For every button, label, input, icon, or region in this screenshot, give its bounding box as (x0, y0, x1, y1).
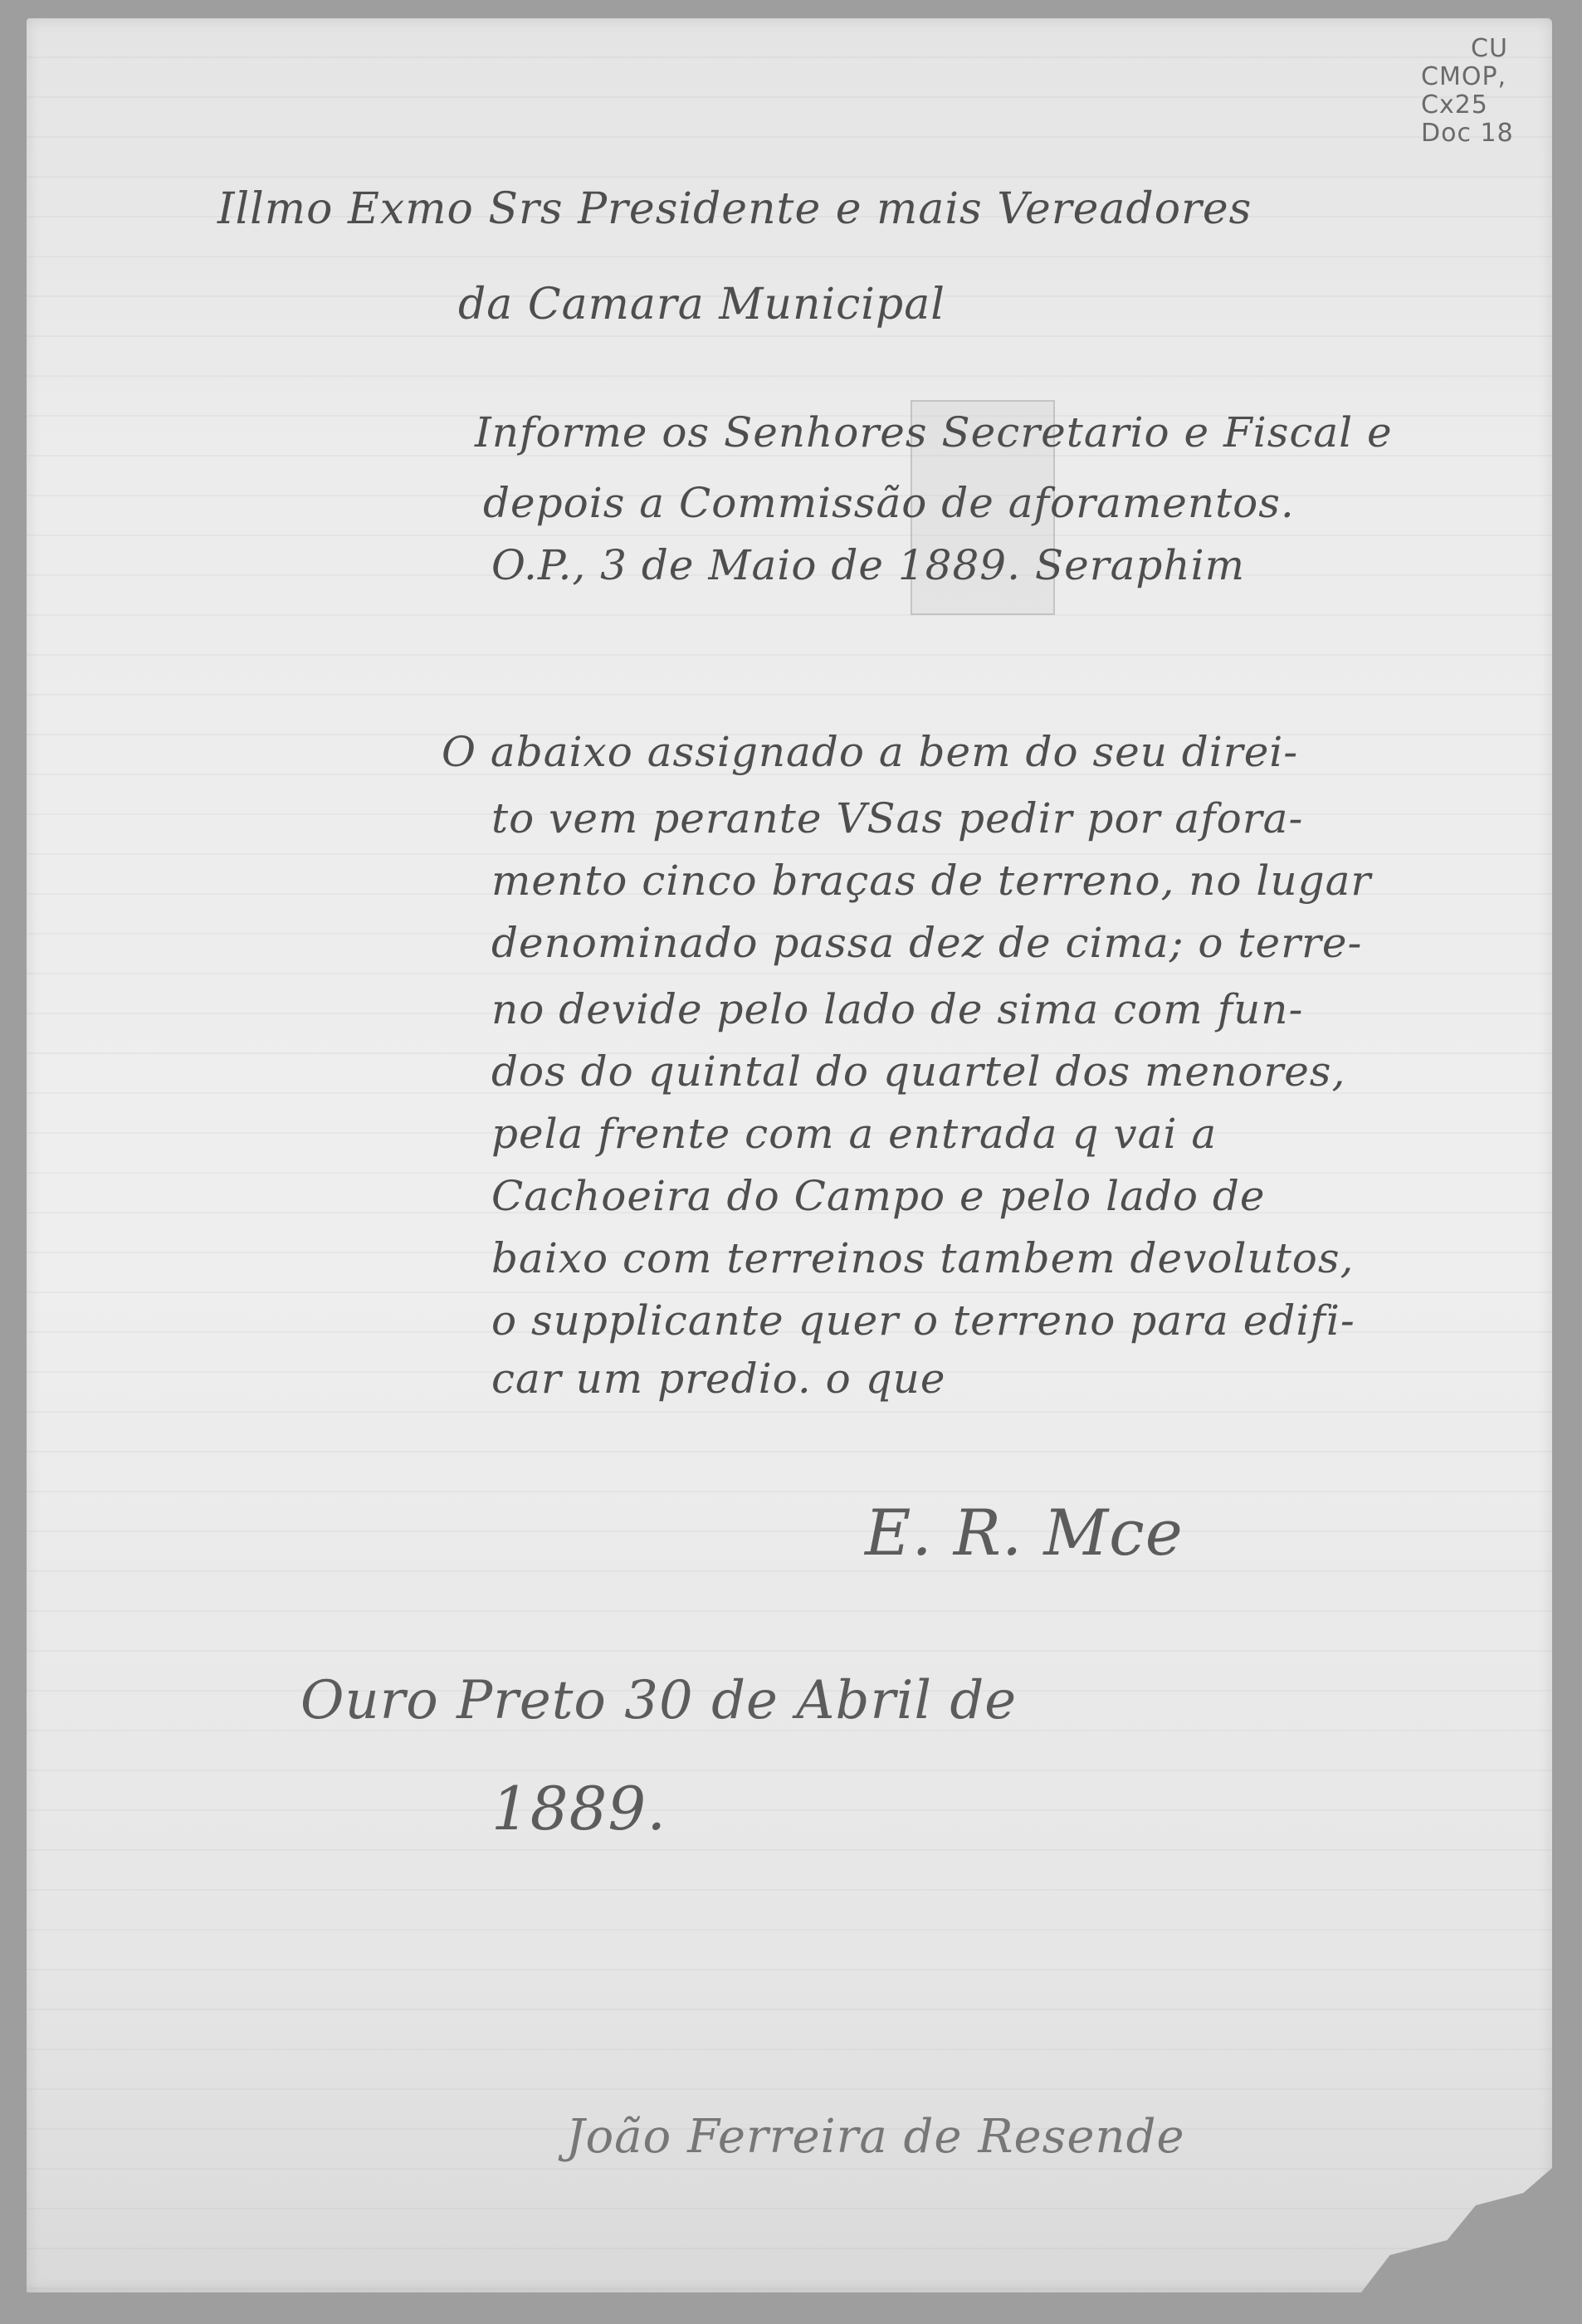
body-line: baixo com terreinos tambem devolutos, (491, 1234, 1354, 1282)
salutation-line-2: da Camara Municipal (458, 280, 945, 330)
archive-reference: CU CMOP, Cx25 Doc 18 (1421, 35, 1514, 148)
body-line: mento cinco braças de terreno, no lugar (491, 857, 1371, 905)
body-line: pela frente com a entrada q vai a (491, 1110, 1217, 1158)
place-date-year: 1889. (491, 1774, 666, 1843)
salutation-line-1: Illmo Exmo Srs Presidente e mais Vereado… (217, 184, 1252, 234)
body-line: car um predio. o que (491, 1355, 945, 1403)
place-date-line: Ouro Preto 30 de Abril de (300, 1670, 1017, 1731)
body-line: o supplicante quer o terreno para edifi- (491, 1296, 1355, 1345)
despacho-line-3: O.P., 3 de Maio de 1889. Seraphim (491, 541, 1245, 589)
body-line: dos do quintal do quartel dos menores, (491, 1047, 1345, 1096)
body-line: no devide pelo lado de sima com fun- (491, 985, 1303, 1033)
signature: João Ferreira de Resende (566, 2110, 1185, 2164)
torn-corner (1361, 2168, 1552, 2292)
archive-ref-line: CU (1421, 35, 1514, 63)
body-line: Cachoeira do Campo e pelo lado de (491, 1172, 1266, 1220)
body-line: O abaixo assignado a bem do seu direi- (442, 728, 1298, 776)
archive-ref-line: Cx25 (1421, 91, 1514, 120)
archive-ref-line: CMOP, (1421, 63, 1514, 91)
despacho-line-2: depois a Commissão de aforamentos. (483, 479, 1295, 527)
archive-ref-line: Doc 18 (1421, 120, 1514, 148)
despacho-line-1: Informe os Senhores Secretario e Fiscal … (475, 408, 1393, 456)
body-line: denominado passa dez de cima; o terre- (491, 919, 1362, 967)
body-line: to vem perante VSas pedir por afora- (491, 794, 1303, 842)
document-page: CU CMOP, Cx25 Doc 18 Illmo Exmo Srs Pres… (27, 18, 1552, 2292)
closing-formula: E. R. Mce (865, 1496, 1184, 1570)
